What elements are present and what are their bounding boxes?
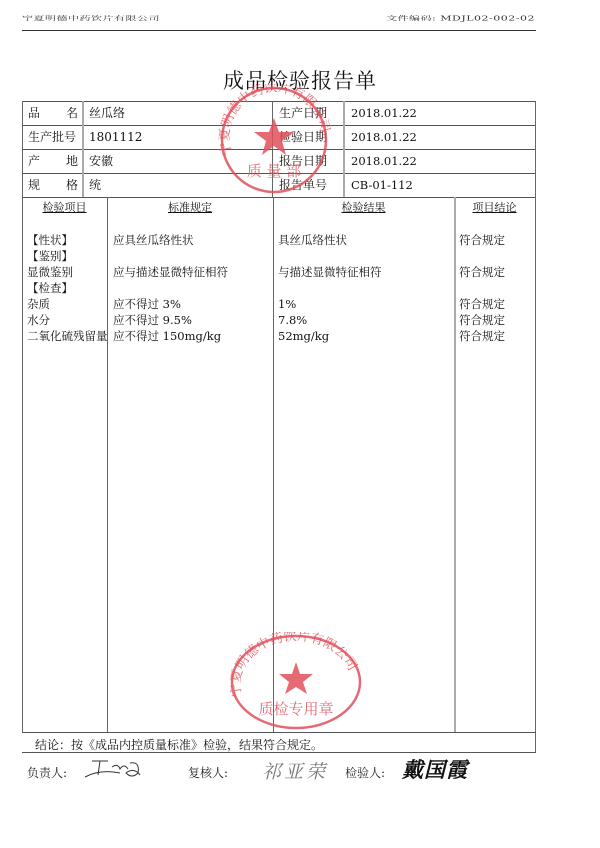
- row-standard: 应不得过 3%: [113, 296, 181, 312]
- value-batch: 1801112: [89, 125, 142, 149]
- value-prod-date: 2018.01.22: [351, 101, 417, 125]
- row-result: 与描述显微特征相符: [278, 264, 382, 280]
- row-result: 1%: [278, 296, 296, 312]
- row-standard: 应不得过 9.5%: [113, 312, 192, 328]
- row-standard: 应不得过 150mg/kg: [113, 328, 221, 344]
- value-insp-date: 2018.01.22: [351, 125, 417, 149]
- row-item: 【检查】: [27, 280, 73, 296]
- page-title: 成品检验报告单: [0, 65, 600, 95]
- inspector-label: 检验人:: [345, 764, 385, 781]
- value-report-no: CB-01-112: [351, 173, 413, 197]
- qc-special-stamp: 宁夏明德中药饮片有限公司 质检专用章: [228, 632, 364, 732]
- conclusion-text: 结论：按《成品内控质量标准》检验，结果符合规定。: [35, 736, 323, 753]
- value-spec: 统: [89, 173, 101, 197]
- label-origin: 产地: [28, 149, 78, 173]
- value-origin: 安徽: [89, 149, 113, 173]
- row-conclusion: 符合规定: [459, 232, 505, 248]
- responsible-signature: [80, 755, 155, 783]
- label-spec: 规格: [28, 173, 78, 197]
- svg-text:质检专用章: 质检专用章: [258, 700, 333, 718]
- label-insp-date: 检验日期: [279, 125, 327, 149]
- row-conclusion: 符合规定: [459, 296, 505, 312]
- row-result: 52mg/kg: [278, 328, 329, 344]
- inspector-signature: 戴国霞: [402, 754, 468, 784]
- row-item: 显微鉴别: [27, 264, 73, 280]
- col-header-item: 检验项目: [22, 199, 107, 215]
- value-product-name: 丝瓜络: [89, 101, 125, 125]
- row-item: 【性状】: [27, 232, 73, 248]
- label-batch: 生产批号: [28, 125, 76, 149]
- row-item: 杂质: [27, 296, 50, 312]
- label-report-no: 报告单号: [279, 173, 327, 197]
- responsible-label: 负责人:: [27, 764, 67, 781]
- row-standard: 应与描述显微特征相符: [113, 264, 228, 280]
- value-report-date: 2018.01.22: [351, 149, 417, 173]
- col-header-result: 检验结果: [273, 199, 454, 215]
- row-item: 二氧化硫残留量: [27, 328, 108, 344]
- row-standard: 应具丝瓜络性状: [113, 232, 194, 248]
- row-result: 具丝瓜络性状: [278, 232, 347, 248]
- row-item: 【鉴别】: [27, 248, 73, 264]
- reviewer-signature: 祁亚荣: [262, 757, 328, 784]
- row-conclusion: 符合规定: [459, 328, 505, 344]
- label-report-date: 报告日期: [279, 149, 327, 173]
- label-product-name: 品名: [28, 101, 78, 125]
- row-conclusion: 符合规定: [459, 264, 505, 280]
- col-header-conclusion: 项目结论: [454, 199, 535, 215]
- reviewer-label: 复核人:: [188, 764, 228, 781]
- row-item: 水分: [27, 312, 50, 328]
- row-conclusion: 符合规定: [459, 312, 505, 328]
- header-company: 宁夏明德中药饮片有限公司: [22, 14, 160, 23]
- label-prod-date: 生产日期: [279, 101, 327, 125]
- row-result: 7.8%: [278, 312, 307, 328]
- header-divider: [22, 30, 536, 31]
- header-doc-code: 文件编码: MDJL02-002-02: [386, 14, 535, 23]
- col-header-standard: 标准规定: [107, 199, 273, 215]
- svg-text:宁夏明德中药饮片有限公司: 宁夏明德中药饮片有限公司: [229, 632, 360, 698]
